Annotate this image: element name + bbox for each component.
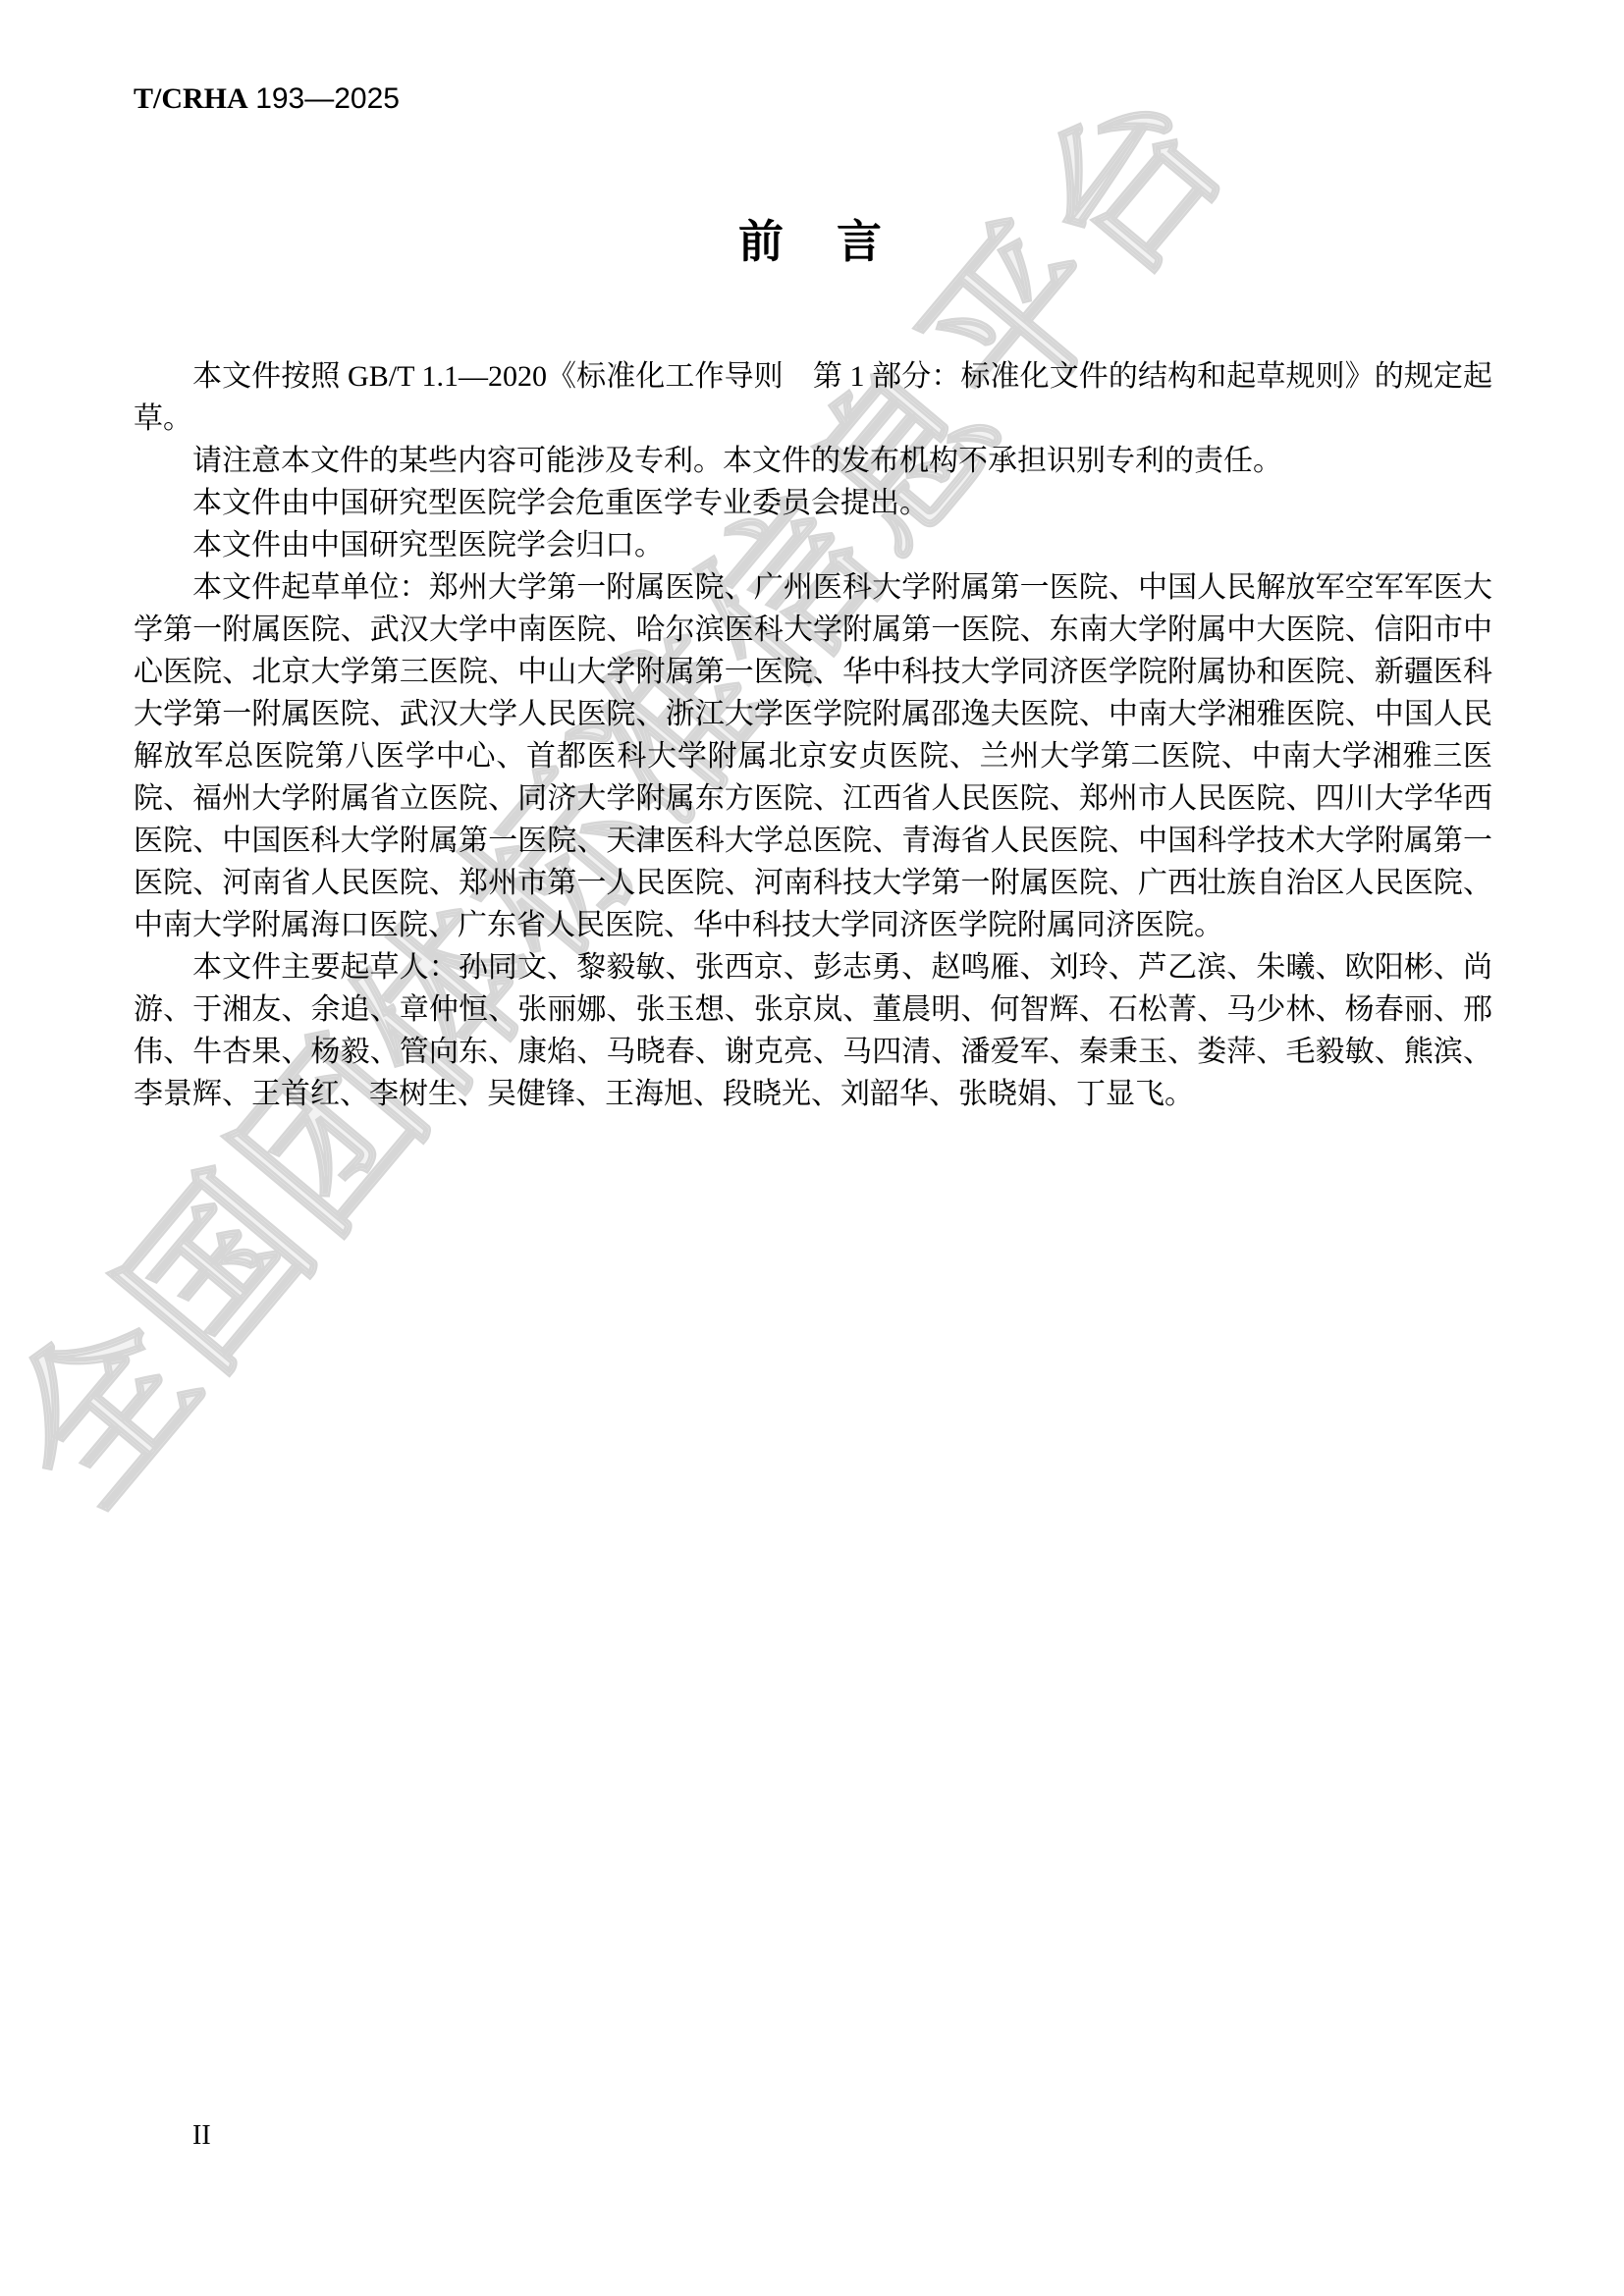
paragraph-main-drafters: 本文件主要起草人：孙同文、黎毅敏、张西京、彭志勇、赵鸣雁、刘玲、芦乙滨、朱曦、欧…: [134, 946, 1492, 1115]
page-title: 前 言: [0, 206, 1624, 271]
foreword-body: 本文件按照 GB/T 1.1—2020《标准化工作导则 第 1 部分：标准化文件…: [134, 355, 1492, 1115]
standard-code: T/CRHA: [134, 82, 248, 115]
paragraph-drafting-organizations: 本文件起草单位：郑州大学第一附属医院、广州医科大学附属第一医院、中国人民解放军空…: [134, 566, 1492, 946]
page-number: II: [192, 2120, 211, 2152]
paragraph-patent-notice: 请注意本文件的某些内容可能涉及专利。本文件的发布机构不承担识别专利的责任。: [134, 440, 1492, 482]
paragraph-drafting-rules: 本文件按照 GB/T 1.1—2020《标准化工作导则 第 1 部分：标准化文件…: [134, 355, 1492, 440]
standard-header: T/CRHA 193—2025: [134, 82, 400, 116]
paragraph-proposed-by: 本文件由中国研究型医院学会危重医学专业委员会提出。: [134, 482, 1492, 524]
document-page: 全国团体标准信息平台 T/CRHA 193—2025 前 言 本文件按照 GB/…: [0, 0, 1624, 2296]
paragraph-centralized-by: 本文件由中国研究型医院学会归口。: [134, 524, 1492, 566]
standard-number: 193—2025: [255, 82, 400, 115]
